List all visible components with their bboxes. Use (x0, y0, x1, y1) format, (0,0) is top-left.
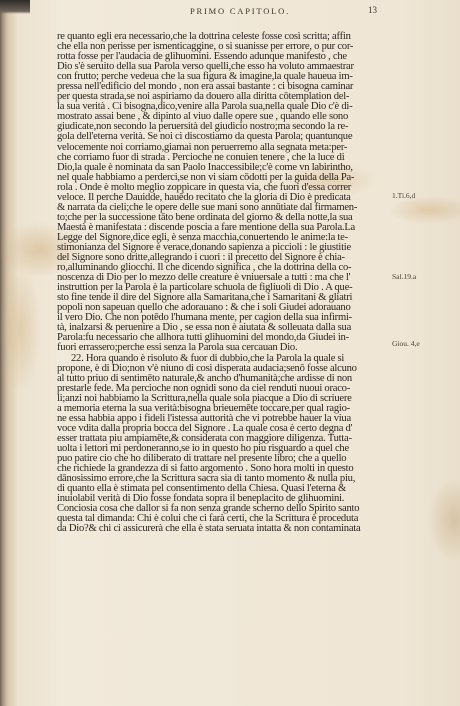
text-line: gola dell'eterna verità. Se noi ci disco… (57, 132, 385, 142)
margin-note-timothy: 1.Ti.6,d (392, 191, 415, 200)
body-text: re quanto egli era necessario,che la dot… (57, 32, 385, 534)
binding-shadow (0, 0, 30, 14)
text-line: da Dio?& chi ci assicurerà che ella è st… (57, 524, 385, 534)
page-number: 13 (368, 5, 377, 15)
margin-note-psalm: Sal.19.a (392, 272, 416, 281)
running-head: PRIMO CAPITOLO. (150, 6, 330, 16)
text-line: fuori errassero;perche essi senza la Par… (57, 343, 385, 353)
margin-note-john: Giou. 4,e (392, 339, 420, 348)
book-page: PRIMO CAPITOLO. 13 re quanto egli era ne… (0, 0, 460, 706)
